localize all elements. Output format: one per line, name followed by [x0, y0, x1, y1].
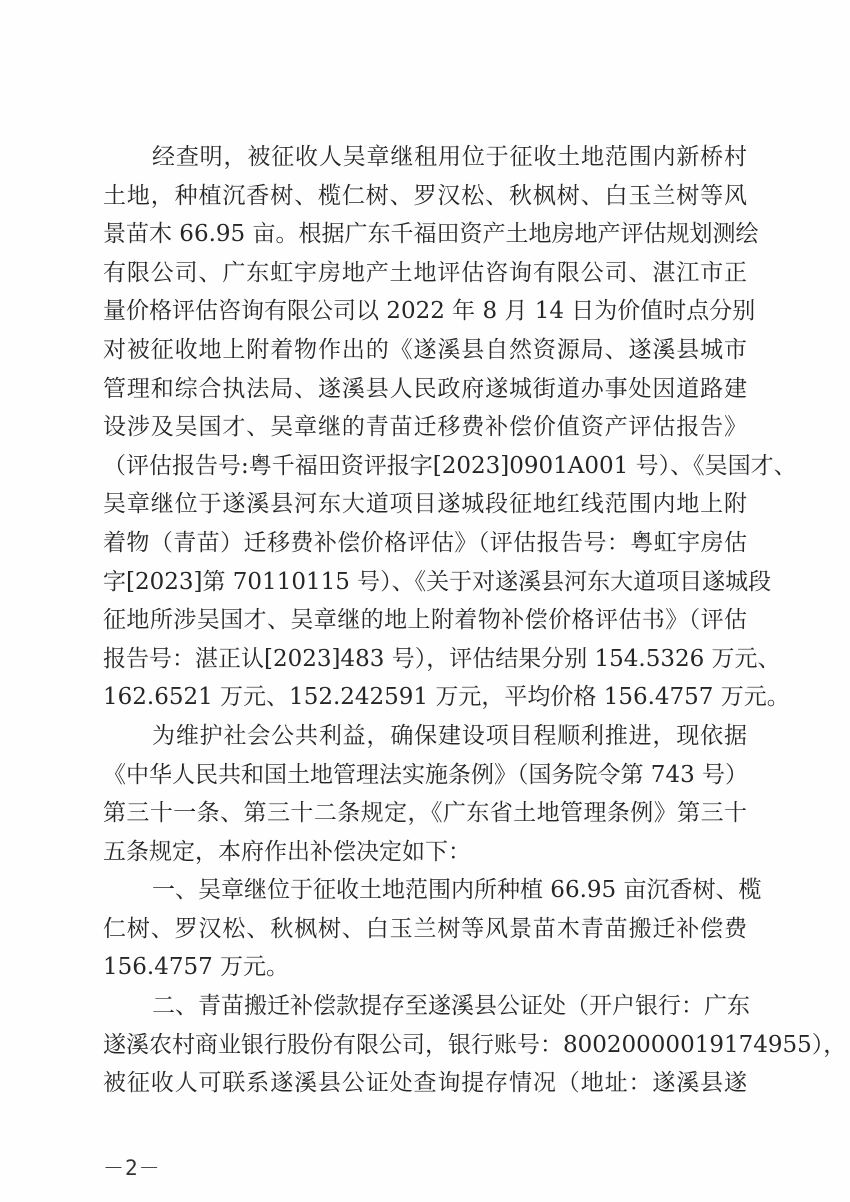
- text-line: 有限公司、广东虹宇房地产土地评估咨询有限公司、湛江市正: [103, 254, 747, 293]
- text-line: 设涉及吴国才、吴章继的青苗迁移费补偿价值资产评估报告》: [103, 408, 747, 447]
- text-line: 对被征收地上附着物作出的《遂溪县自然资源局、遂溪县城市: [103, 331, 747, 370]
- text-line: 二、青苗搬迁补偿款提存至遂溪县公证处（开户银行：广东: [103, 987, 747, 1026]
- text-line: 景苗木 66.95 亩。根据广东千福田资产土地房地产评估规划测绘: [103, 215, 747, 254]
- document-body: 经查明，被征收人吴章继租用位于征收土地范围内新桥村 土地，种植沉香树、榄仁树、罗…: [103, 138, 747, 1103]
- text-line: 一、吴章继位于征收土地范围内所种植 66.95 亩沉香树、榄: [103, 871, 747, 910]
- text-line: 征地所涉吴国才、吴章继的地上附着物补偿价格评估书》（评估: [103, 601, 747, 640]
- text-line: 遂溪农村商业银行股份有限公司，银行账号：80020000019174955），: [103, 1026, 747, 1065]
- text-line: 量价格评估咨询有限公司以 2022 年 8 月 14 日为价值时点分别: [103, 292, 747, 331]
- text-line: 吴章继位于遂溪县河东大道项目遂城段征地红线范围内地上附: [103, 485, 747, 524]
- text-line: 土地，种植沉香树、榄仁树、罗汉松、秋枫树、白玉兰树等风: [103, 177, 747, 216]
- text-line: 字[2023]第 70110115 号）、《关于对遂溪县河东大道项目遂城段: [103, 563, 747, 602]
- text-line: 五条规定，本府作出补偿决定如下：: [103, 833, 747, 872]
- text-line: 仁树、罗汉松、秋枫树、白玉兰树等风景苗木青苗搬迁补偿费: [103, 910, 747, 949]
- text-line: 经查明，被征收人吴章继租用位于征收土地范围内新桥村: [103, 138, 747, 177]
- text-line: 为维护社会公共利益，确保建设项目程顺利推进，现依据: [103, 717, 747, 756]
- text-line: （评估报告号:粤千福田资评报字[2023]0901A001 号）、《吴国才、: [103, 447, 747, 486]
- text-line: 162.6521 万元、152.242591 万元，平均价格 156.4757 …: [103, 678, 747, 717]
- text-line: 被征收人可联系遂溪县公证处查询提存情况（地址：遂溪县遂: [103, 1064, 747, 1103]
- text-line: 报告号：湛正认[2023]483 号），评估结果分别 154.5326 万元、: [103, 640, 747, 679]
- document-page: 经查明，被征收人吴章继租用位于征收土地范围内新桥村 土地，种植沉香树、榄仁树、罗…: [0, 0, 850, 1202]
- text-line: 第三十一条、第三十二条规定，《广东省土地管理条例》第三十: [103, 794, 747, 833]
- text-line: 《中华人民共和国土地管理法实施条例》（国务院令第 743 号）: [103, 756, 747, 795]
- text-line: 156.4757 万元。: [103, 948, 747, 987]
- text-line: 管理和综合执法局、遂溪县人民政府遂城街道办事处因道路建: [103, 370, 747, 409]
- page-number: －2－: [103, 1152, 161, 1182]
- text-line: 着物（青苗）迁移费补偿价格评估》（评估报告号：粤虹宇房估: [103, 524, 747, 563]
